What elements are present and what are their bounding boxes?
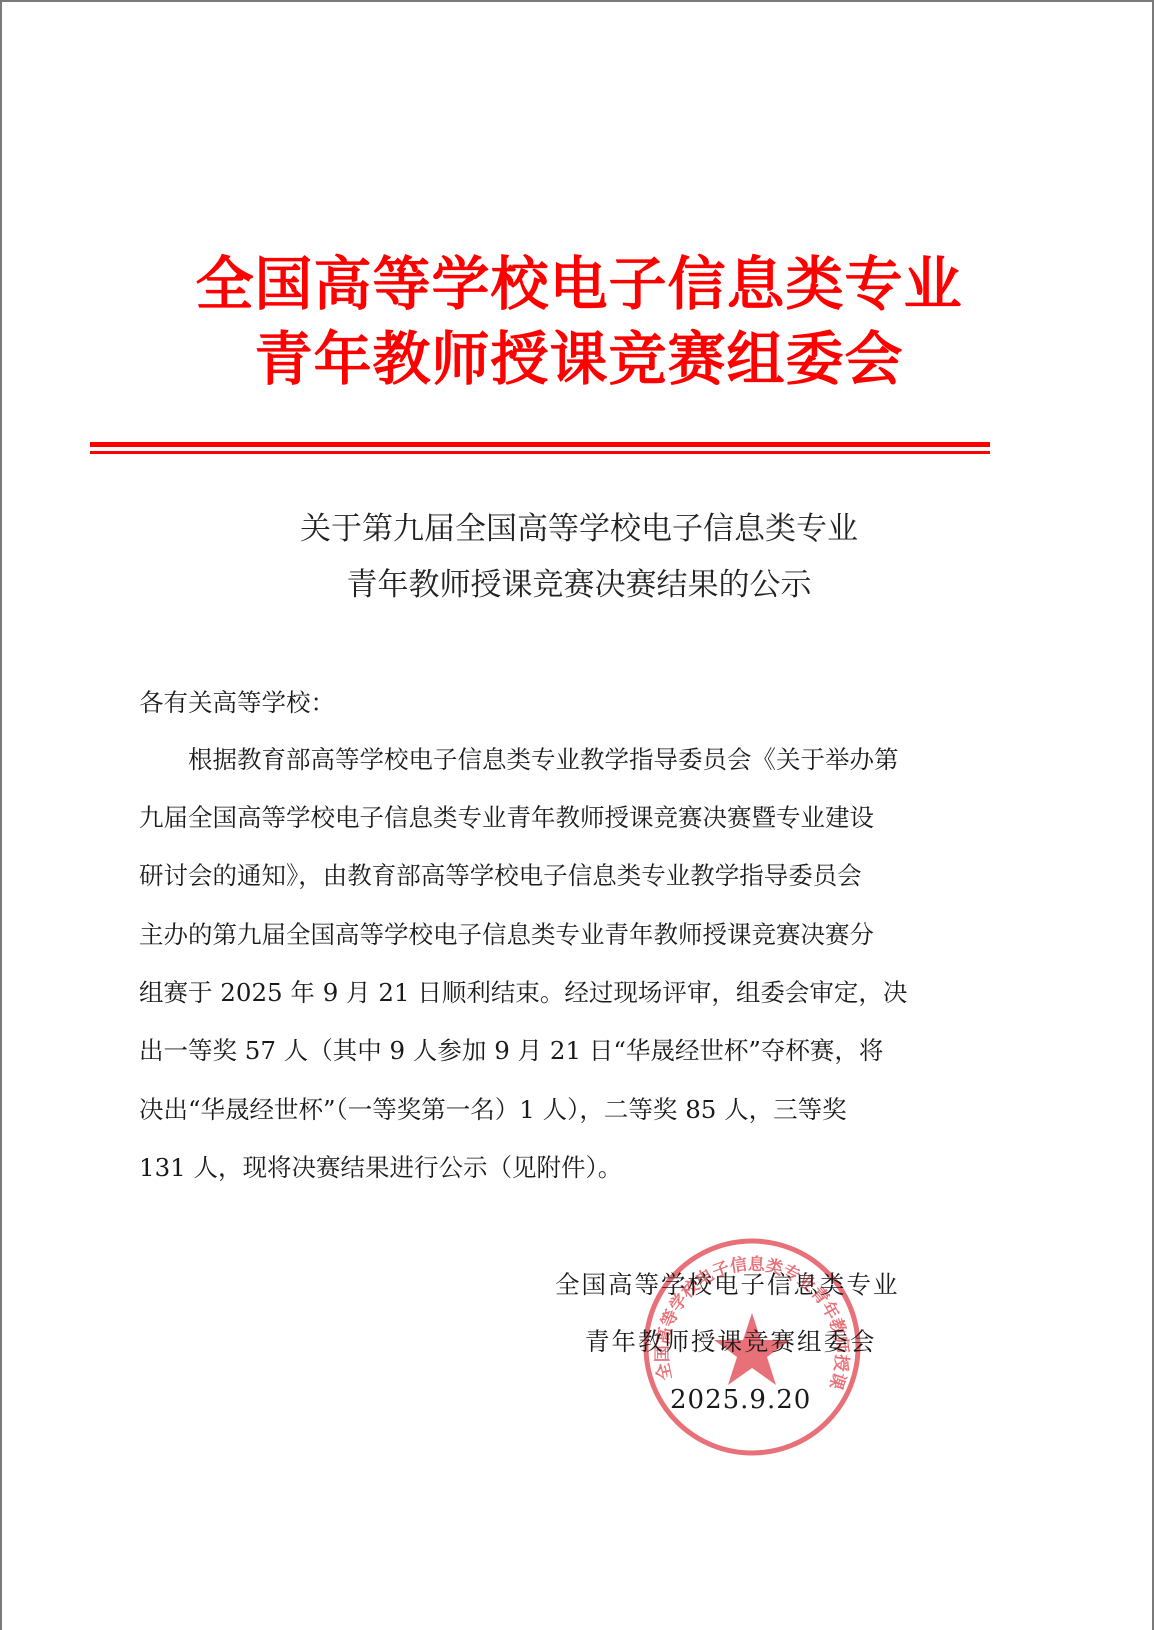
document-title-line-2: 青年教师授课竞赛决赛结果的公示 — [2, 565, 1154, 605]
letterhead-rule-thick — [90, 442, 990, 447]
letterhead-line-2: 青年教师授课竞赛组委会 — [2, 324, 1154, 394]
letterhead-rule-thin — [90, 451, 990, 454]
signature-date: 2025.9.20 — [670, 1380, 811, 1420]
signature-org-line-1: 全国高等学校电子信息类专业 — [555, 1265, 900, 1305]
body-line: 根据教育部高等学校电子信息类专业教学指导委员会《关于举办第 — [139, 740, 979, 780]
body-line: 主办的第九届全国高等学校电子信息类专业青年教师授课竞赛决赛分 — [139, 915, 979, 955]
body-line: 九届全国高等学校电子信息类专业青年教师授课竞赛决赛暨专业建设 — [139, 798, 979, 838]
body-line: 研讨会的通知》，由教育部高等学校电子信息类专业教学指导委员会 — [139, 856, 979, 896]
document-page: 全国高等学校电子信息类专业 青年教师授课竞赛组委会 关于第九届全国高等学校电子信… — [0, 0, 1154, 1630]
salutation: 各有关高等学校： — [139, 683, 979, 723]
letterhead-line-1: 全国高等学校电子信息类专业 — [2, 249, 1154, 319]
body-line: 出一等奖 57 人（其中 9 人参加 9 月 21 日“华晟经世杯”夺杯赛，将 — [139, 1031, 979, 1071]
signature-org-line-2: 青年教师授课竞赛组委会 — [585, 1322, 877, 1362]
body-line: 决出“华晟经世杯”（一等奖第一名）1 人），二等奖 85 人，三等奖 — [139, 1090, 979, 1130]
body-line: 组赛于 2025 年 9 月 21 日顺利结束。经过现场评审，组委会审定，决 — [139, 973, 979, 1013]
body-line: 131 人，现将决赛结果进行公示（见附件）。 — [139, 1148, 979, 1188]
document-title-line-1: 关于第九届全国高等学校电子信息类专业 — [2, 509, 1154, 549]
